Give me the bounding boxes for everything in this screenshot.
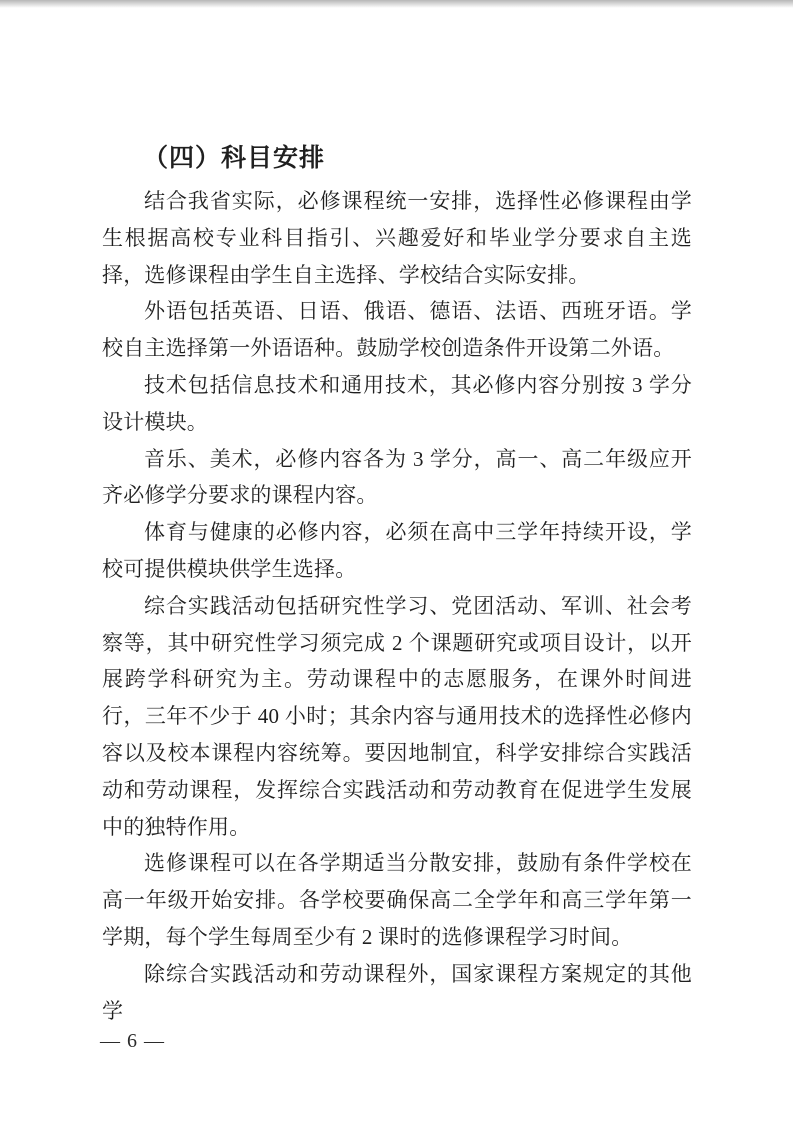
- paragraph-5: 体育与健康的必修内容，必须在高中三学年持续开设，学校可提供模块供学生选择。: [102, 514, 692, 588]
- paragraph-3: 技术包括信息技术和通用技术，其必修内容分别按 3 学分设计模块。: [102, 367, 692, 441]
- section-heading: （四）科目安排: [143, 138, 692, 178]
- document-page: （四）科目安排 结合我省实际，必修课程统一安排，选择性必修课程由学生根据高校专业…: [0, 0, 793, 1122]
- body-text: 结合我省实际，必修课程统一安排，选择性必修课程由学生根据高校专业科目指引、兴趣爱…: [102, 183, 692, 1029]
- paragraph-1: 结合我省实际，必修课程统一安排，选择性必修课程由学生根据高校专业科目指引、兴趣爱…: [102, 183, 692, 293]
- document-content: （四）科目安排 结合我省实际，必修课程统一安排，选择性必修课程由学生根据高校专业…: [102, 138, 692, 1029]
- paragraph-6: 综合实践活动包括研究性学习、党团活动、军训、社会考察等，其中研究性学习须完成 2…: [102, 588, 692, 846]
- paragraph-2: 外语包括英语、日语、俄语、德语、法语、西班牙语。学校自主选择第一外语语种。鼓励学…: [102, 293, 692, 367]
- page-number: — 6 —: [100, 1030, 165, 1053]
- scan-edge-shadow: [0, 0, 793, 8]
- paragraph-8: 除综合实践活动和劳动课程外，国家课程方案规定的其他学: [102, 956, 692, 1030]
- paragraph-4: 音乐、美术，必修内容各为 3 学分，高一、高二年级应开齐必修学分要求的课程内容。: [102, 441, 692, 515]
- paragraph-7: 选修课程可以在各学期适当分散安排，鼓励有条件学校在高一年级开始安排。各学校要确保…: [102, 845, 692, 955]
